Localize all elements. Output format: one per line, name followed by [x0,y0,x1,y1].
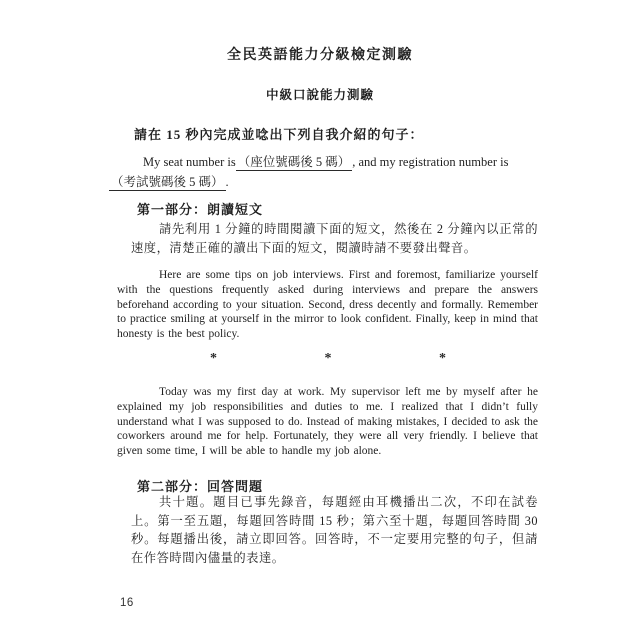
asterisk-icon: * [439,351,446,367]
self-intro-sentence: My seat number is（座位號碼後 5 碼）, and my reg… [109,152,539,192]
page-number: 16 [120,597,134,609]
exam-title: 全民英語能力分級檢定測驗 [100,47,540,64]
reading-passage-1: Here are some tips on job interviews. Fi… [117,268,538,342]
sentence-prefix: My seat number is [143,155,236,169]
part1-instructions: 請先利用 1 分鐘的時間閱讀下面的短文，然後在 2 分鐘內以正常的速度，清楚正確… [131,220,538,258]
sentence-middle: , and my registration number is [352,155,508,169]
part1-heading: 第一部分：朗讀短文 [137,202,537,218]
asterisk-icon: * [210,351,217,367]
exam-subtitle: 中級口說能力測驗 [100,87,540,103]
passage-separator: * * * [118,351,538,367]
document-page: 全民英語能力分級檢定測驗 中級口說能力測驗 請在 15 秒內完成並唸出下列自我介… [0,0,640,640]
self-intro-instruction: 請在 15 秒內完成並唸出下列自我介紹的句子： [134,126,538,143]
reading-passage-2: Today was my first day at work. My super… [117,385,538,459]
part2-instructions: 共十題。題目已事先錄音，每題經由耳機播出二次，不印在試卷上。第一至五題，每題回答… [131,493,538,567]
asterisk-icon: * [325,351,332,367]
sentence-end: . [226,175,229,189]
seat-number-blank: （座位號碼後 5 碼） [236,155,353,171]
registration-number-blank: （考試號碼後 5 碼） [109,175,226,191]
